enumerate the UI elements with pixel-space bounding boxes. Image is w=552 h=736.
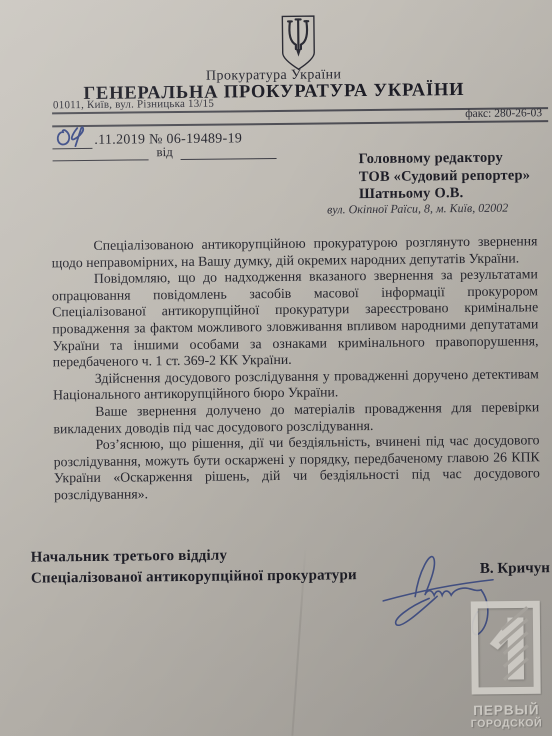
letter-paragraph-2: Повідомляю, що до надходження вказаного … <box>52 266 539 371</box>
letter-paragraph-3: Здійснення досудового розслідування у пр… <box>53 366 539 404</box>
from-label: від <box>148 144 181 160</box>
blank-underline <box>181 144 277 160</box>
letter-paragraph-1: Спеціалізованою антикорупційною прокурат… <box>51 233 537 271</box>
letter-body: Спеціалізованою антикорупційною прокурат… <box>51 233 540 504</box>
org-fax: факс: 280-26-03 <box>465 107 542 120</box>
org-address: 01011, Київ, вул. Різницька 13/15 <box>53 98 214 112</box>
letter-sheet: Прокуратура України ГЕНЕРАЛЬНА ПРОКУРАТУ… <box>0 0 552 736</box>
document-photo: Прокуратура України ГЕНЕРАЛЬНА ПРОКУРАТУ… <box>0 0 552 736</box>
watermark-text-line-2: ГОРОДСКОЙ <box>456 717 552 730</box>
signer-title: Начальник третього відділу Спеціалізован… <box>31 544 357 589</box>
watermark-logo: ПЕРВЫЙ ГОРОДСКОЙ <box>455 599 552 730</box>
letter-paragraph-5: Роз’яснюю, що рішення, дії чи бездіяльні… <box>53 432 540 503</box>
recipient-line-2: ТОВ «Судовий репортер» <box>359 167 531 186</box>
signer-title-line-2: Спеціалізованої антикорупційної прокурат… <box>31 565 357 589</box>
channel-one-logo-icon <box>469 599 542 696</box>
blank-underline <box>52 145 148 161</box>
recipient-line-1: Головному редактору <box>359 149 531 168</box>
letter-paragraph-4: Ваше звернення долучено до матеріалів пр… <box>53 399 539 437</box>
from-line: від <box>52 143 277 161</box>
recipient-block: Головному редактору ТОВ «Судовий репорте… <box>359 149 531 203</box>
trident-emblem-icon <box>269 13 328 72</box>
recipient-address: вул. Окіпної Раїси, 8, м. Київ, 02002 <box>327 201 508 218</box>
watermark-text-line-1: ПЕРВЫЙ <box>456 702 552 718</box>
